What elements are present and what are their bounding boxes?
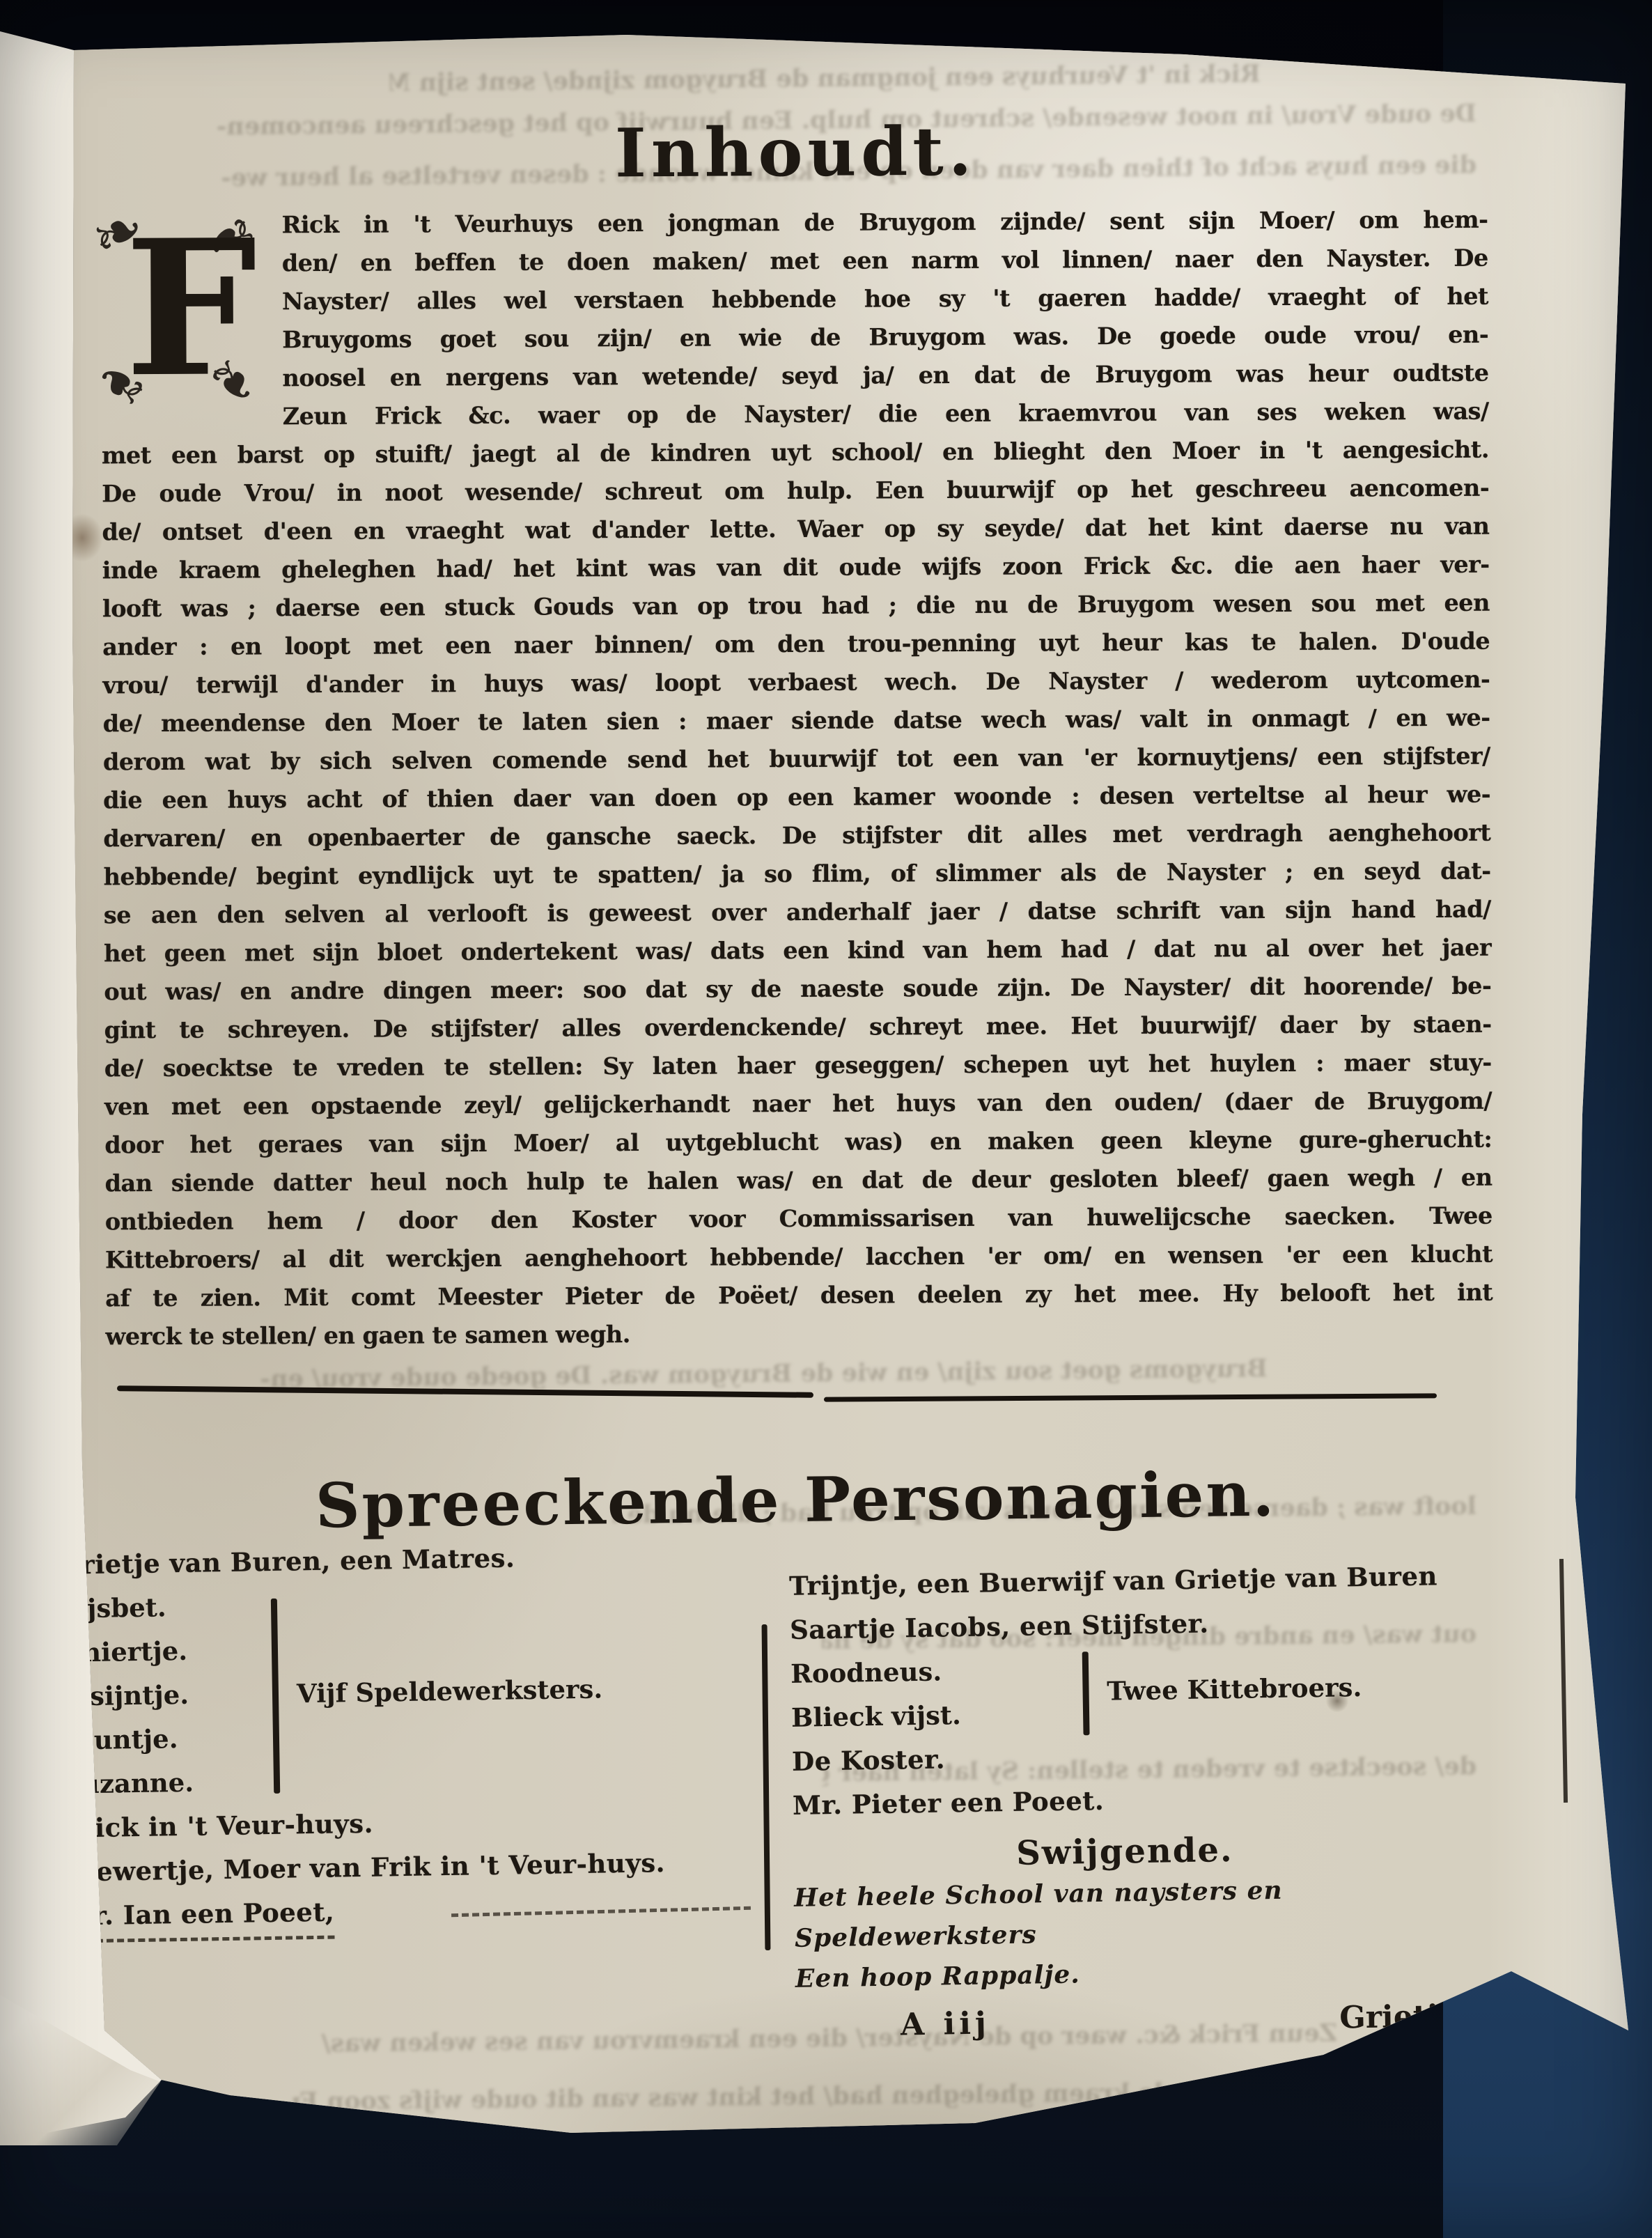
- woodcut-initial: ❧ ❧ ❧ ❧ F: [100, 214, 267, 423]
- book-page: Rick in 't Veurhuys een jongman de Bruyg…: [0, 0, 1652, 2238]
- separator-rule: [117, 1388, 1444, 1401]
- drop-cap-letter: F: [124, 204, 258, 414]
- silent-roles-heading: Swijgende.: [1016, 1826, 1490, 1873]
- text-line: met een barst op stuift/ jaegt al de kin…: [102, 430, 1489, 475]
- text-line: vrou/ terwijl d'ander in huys was/ loopt…: [102, 660, 1490, 705]
- group-label: Twee Kittebroers.: [1107, 1672, 1362, 1707]
- text-line: hebbende/ begint eyndlijck uyt te spatte…: [103, 852, 1490, 896]
- photographed-book-page: Rick in 't Veurhuys een jongman de Bruyg…: [0, 0, 1652, 2238]
- gathering-signature: A iij: [901, 2005, 991, 2042]
- text-line: Zeun Frick &c. waer op de Nayster/ die e…: [102, 392, 1489, 437]
- group-brace: [1082, 1652, 1089, 1735]
- signature-row: A iij Grietje: [796, 1998, 1493, 2044]
- silent-roles: Het heele School van naysters en Speldew…: [794, 1867, 1493, 1999]
- text-line: dervaren/ en openbaerter de gansche saec…: [103, 814, 1490, 858]
- cast-group-kittebroers: Roodneus.Blieck vijst. Twee Kittebroers.: [790, 1641, 1488, 1740]
- text-line: se aen den selven al verlooft is geweest…: [104, 890, 1491, 935]
- margin-rule: [1559, 1559, 1568, 1803]
- catchword: Grietje: [1339, 1998, 1458, 2036]
- underlined-name: Mr. Ian een Poeet,: [63, 1890, 334, 1943]
- group-brace: [271, 1598, 280, 1793]
- group-names: Roodneus.Blieck vijst.: [790, 1649, 962, 1740]
- cast-group-speldewerksters: Lijsbet.Kniertje.Iosijntje.Teuntje.Zuzan…: [59, 1576, 745, 1806]
- show-through-text: inde kraem gheleghen had/ het kint was v…: [293, 2078, 1198, 2116]
- cast-entry: Roodneus.: [790, 1649, 961, 1696]
- silent-role-line: Het heele School van naysters en Speldew…: [794, 1867, 1492, 1959]
- summary-text-lines: Rick in 't Veurhuys een jongman de Bruyg…: [100, 201, 1493, 1356]
- text-line: inde kraem gheleghen had/ het kint was v…: [102, 545, 1490, 590]
- cast-entry: Blieck vijst.: [791, 1693, 962, 1740]
- text-line: ontbieden hem / door den Koster voor Com…: [105, 1197, 1493, 1241]
- text-line: door het geraes van sijn Moer/ al uytgeb…: [104, 1120, 1492, 1165]
- rule-segment: [824, 1393, 1437, 1401]
- text-line: werck te stellen/ en gaen te samen wegh.: [105, 1312, 1493, 1356]
- column-divider-rule: [762, 1624, 771, 1950]
- page-title: Inhoudt.: [104, 109, 1488, 195]
- text-line: noosel en nergens van wetende/ seyd ja/ …: [101, 354, 1488, 398]
- text-line: den/ en beffen te doen maken/ met een na…: [101, 239, 1488, 283]
- text-line: die een huys acht of thien daer van doen…: [103, 775, 1490, 820]
- text-line: ven met een opstaende zeyl/ gelijckerhan…: [104, 1082, 1492, 1126]
- cast-column-right: Trijntje, een Buerwijf van Grietje van B…: [789, 1553, 1493, 2044]
- text-line: looft was ; daerse een stuck Gouds van o…: [102, 584, 1490, 628]
- text-line: de/ meendense den Moer te laten sien : m…: [103, 699, 1490, 743]
- text-line: de/ soecktse te vreden te stellen: Sy la…: [104, 1043, 1492, 1088]
- show-through-text: Rick in 't Veurhuys een jongman de Bruyg…: [390, 59, 1261, 97]
- text-line: derom wat by sich selven comende send he…: [103, 737, 1490, 782]
- text-line: Nayster/ alles wel verstaen hebbende hoe…: [101, 277, 1488, 322]
- text-line: out was/ en andre dingen meer: soo dat s…: [104, 967, 1491, 1011]
- group-label: Vijf Speldewerksters.: [297, 1673, 603, 1709]
- text-line: af te zien. Mit comt Meester Pieter de P…: [105, 1273, 1493, 1318]
- cast-entry: Mr. Ian een Poeet,: [63, 1883, 747, 1943]
- text-line: ander : en loopt met een naer binnen/ om…: [102, 622, 1490, 667]
- cast-heading: Spreeckende Personagien.: [104, 1455, 1487, 1544]
- text-line: De oude Vrou/ in noot wesende/ schreut o…: [102, 469, 1489, 513]
- rule-segment: [117, 1385, 813, 1398]
- text-line: Bruygoms goet sou zijn/ en wie de Bruygo…: [101, 316, 1488, 360]
- text-line: dan siende datter heul noch hulp te hale…: [104, 1158, 1492, 1203]
- summary-paragraph: ❧ ❧ ❧ ❧ F Rick in 't Veurhuys een jongma…: [100, 201, 1493, 1356]
- text-line: Kittebroers/ al dit werckjen aenghehoort…: [105, 1235, 1493, 1280]
- text-line: gint te schreyen. De stijfster/ alles ov…: [104, 1005, 1491, 1050]
- text-line: Rick in 't Veurhuys een jongman de Bruyg…: [100, 201, 1488, 245]
- cast-column-left: Grietje van Buren, een Matres. Lijsbet.K…: [59, 1532, 747, 1943]
- text-line: de/ ontset d'een en vraeght wat d'ander …: [102, 507, 1489, 552]
- text-line: het geen met sijn bloet ondertekent was/…: [104, 928, 1491, 973]
